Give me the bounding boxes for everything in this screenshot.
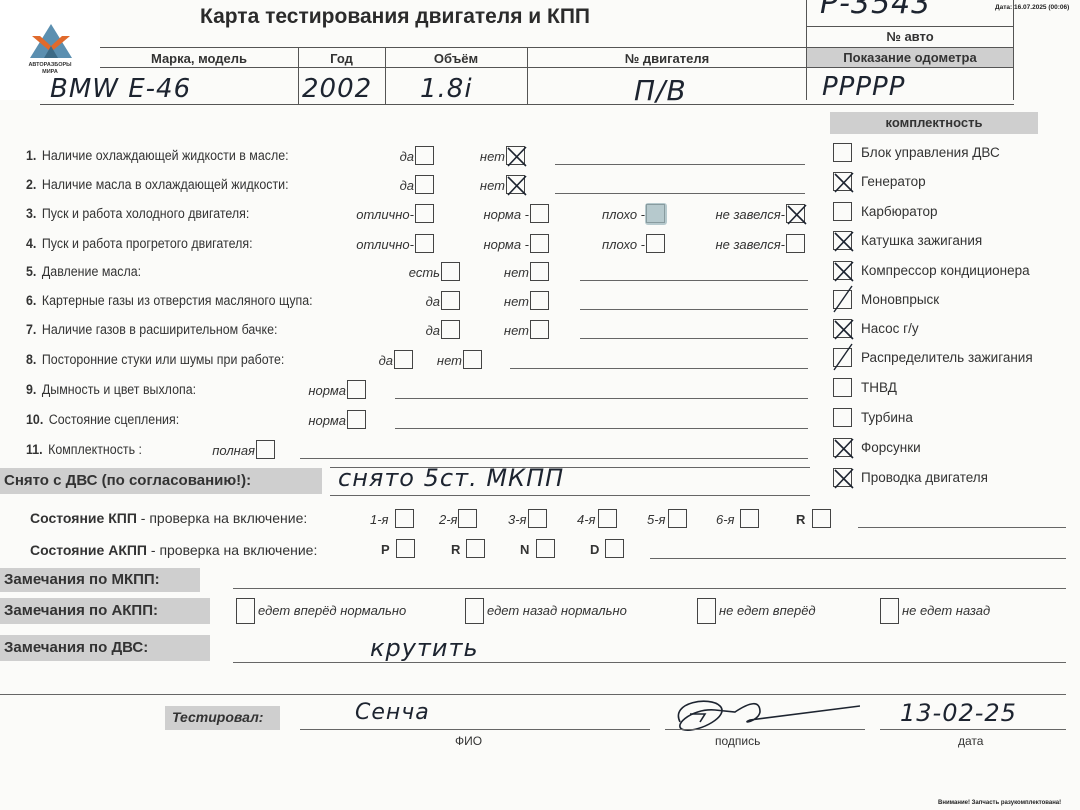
gear-label: 6-я [716,512,735,527]
question-5-option-1[interactable] [441,262,460,281]
gear-label: 3-я [508,512,527,527]
question-11-option-1[interactable] [256,440,275,459]
question-3: 3.Пуск и работа холодного двигателя: [26,206,249,221]
kit-item-checkbox-5[interactable] [833,261,852,280]
brand-model-header: Марка, модель [100,51,298,66]
option-label: отлично- [346,237,414,252]
signature-icon[interactable] [660,692,860,740]
option-label: да [416,323,440,338]
car-number-value[interactable]: Р-3543 [820,0,931,21]
signature-caption: подпись [715,734,760,748]
name-line [300,729,650,730]
mode-label: R [451,542,460,557]
dvs-remarks-label: Замечания по ДВС: [4,639,148,656]
question-4-option-4[interactable] [786,234,805,253]
kit-item-checkbox-2[interactable] [833,172,852,191]
date-caption: дата [958,734,983,748]
check-mark-icon [832,317,856,341]
divider [806,26,1014,27]
option-label: норма - [474,207,529,222]
gear-label: 2-я [439,512,458,527]
gear-label: 4-я [577,512,596,527]
answer-line[interactable] [395,428,808,429]
kit-item-checkbox-9[interactable] [833,378,852,397]
question-3-option-2[interactable] [530,204,549,223]
kit-item-label: ТНВД [861,380,897,395]
removed-value[interactable]: снято 5ст. МКПП [338,464,564,492]
question-number: 2. [26,177,36,192]
brand-model-value[interactable]: BMW E-46 [50,74,191,104]
question-text: Состояние сцепления: [49,412,179,427]
check-mark-icon [832,259,856,283]
check-mark-icon [832,436,856,460]
kit-item-label: Генератор [861,174,926,189]
manual-gearbox-title: Состояние КПП [30,510,137,526]
manual-gearbox-label: Состояние КПП - проверка на включение: [30,510,307,526]
page-title: Карта тестирования двигателя и КПП [200,5,590,29]
question-text: Пуск и работа прогретого двигателя: [42,236,253,251]
question-number: 5. [26,264,36,279]
kit-item-checkbox-12[interactable] [833,468,852,487]
option-label: плохо - [566,207,645,222]
question-2: 2.Наличие масла в охлаждающей жидкости: [26,177,289,192]
question-4-option-2[interactable] [530,234,549,253]
option-label: да [396,149,414,164]
question-10-option-1[interactable] [347,410,366,429]
option-label: норма [300,383,346,398]
warning-note: Внимание! Запчасть разукомплектована! [938,800,1061,806]
akpp-remark-label: не едет вперёд [719,603,816,618]
answer-line[interactable] [395,398,808,399]
odometer-value[interactable]: РРРРР [822,72,905,102]
question-number: 4. [26,236,36,251]
underline [650,558,1066,559]
volume-header: Объём [385,51,527,66]
question-6: 6.Картерные газы из отверстия масляного … [26,293,313,308]
question-text: Наличие масла в охлаждающей жидкости: [42,177,289,192]
underline [858,527,1066,528]
mode-label: P [381,542,390,557]
slash-mark-icon [832,346,856,370]
kit-item-label: Карбюратор [861,204,938,219]
option-label: нет [474,149,505,164]
tested-label: Тестировал: [172,709,263,725]
year-header: Год [298,51,385,66]
akpp-remark-label: не едет назад [902,603,990,618]
answer-line[interactable] [580,338,808,339]
kit-item-label: Насос г/у [861,321,919,336]
mkpp-remarks-label: Замечания по МКПП: [4,571,160,588]
mode-checkbox-1[interactable] [396,539,415,558]
underline [233,662,1066,663]
question-7-option-2[interactable] [530,320,549,339]
answer-line[interactable] [580,280,808,281]
kit-item-checkbox-4[interactable] [833,231,852,250]
kit-item-checkbox-1[interactable] [833,143,852,162]
kit-item-checkbox-8[interactable] [833,348,852,367]
option-label: полная [204,443,255,458]
option-label: плохо - [566,237,645,252]
question-4-option-3[interactable] [646,234,665,253]
option-label: не завелся- [700,207,785,222]
answer-line[interactable] [580,309,808,310]
option-label: нет [498,294,529,309]
question-1-option-2[interactable] [506,146,525,165]
kit-title: комплектность [830,115,1038,130]
question-3-option-3[interactable] [646,204,665,223]
mkpp-remarks-line[interactable] [233,588,1066,589]
check-mark-icon [505,173,529,197]
question-text: Дымность и цвет выхлопа: [42,382,196,397]
answer-line[interactable] [510,368,808,369]
option-label: есть [400,265,440,280]
kit-item-label: Турбина [861,410,913,425]
akpp-remark-checkbox-1[interactable] [236,598,255,624]
question-5: 5.Давление масла: [26,264,141,279]
gear-checkbox-5[interactable] [668,509,687,528]
option-label: да [370,353,393,368]
underline [0,694,1066,695]
gear-checkbox-4[interactable] [598,509,617,528]
check-mark-icon [832,229,856,253]
akpp-remark-label: едет вперёд нормально [258,603,406,618]
mode-label: N [520,542,529,557]
option-label: нет [498,265,529,280]
correction-icon [645,203,667,225]
name-caption: ФИО [455,734,482,748]
kit-item-checkbox-7[interactable] [833,319,852,338]
logo-mountain-icon [28,22,74,60]
gear-label: 1-я [370,512,389,527]
kit-item-checkbox-11[interactable] [833,438,852,457]
question-number: 8. [26,352,36,367]
question-6-option-2[interactable] [530,291,549,310]
option-label: норма [300,413,346,428]
question-1: 1.Наличие охлаждающей жидкости в масле: [26,148,289,163]
question-number: 10. [26,412,43,427]
question-1-option-1[interactable] [415,146,434,165]
question-2-option-1[interactable] [415,175,434,194]
odometer-header: Показание одометра [806,50,1014,65]
question-9-option-1[interactable] [347,380,366,399]
question-text: Картерные газы из отверстия масляного щу… [42,293,313,308]
check-mark-icon [832,170,856,194]
option-label: нет [474,178,505,193]
signature-line [665,729,865,730]
question-number: 3. [26,206,36,221]
question-text: Давление масла: [42,264,141,279]
option-label: нет [430,353,462,368]
car-number-label: № авто [806,29,1014,44]
question-number: 11. [26,442,43,457]
question-text: Посторонние стуки или шумы при работе: [42,352,284,367]
tester-name-value[interactable]: Сенча [355,700,430,725]
check-mark-icon [832,466,856,490]
engine-number-value[interactable]: П/В [634,74,687,107]
mode-checkbox-3[interactable] [536,539,555,558]
removed-label: Снято с ДВС (по согласованию!): [4,472,251,489]
akpp-remark-checkbox-4[interactable] [880,598,899,624]
auto-gearbox-subtitle: - проверка на включение: [147,542,317,558]
option-label: норма - [474,237,529,252]
year-value[interactable]: 2002 [302,74,372,104]
question-text: Наличие газов в расширительном бачке: [42,322,278,337]
akpp-remark-checkbox-3[interactable] [697,598,716,624]
kit-item-checkbox-3[interactable] [833,202,852,221]
question-number: 6. [26,293,36,308]
check-mark-icon [505,144,529,168]
print-date: Дата: 16.07.2025 (00:06) [995,4,1069,11]
option-label: нет [498,323,529,338]
underline [330,495,810,496]
question-number: 7. [26,322,36,337]
question-11: 11.Комплектность : [26,442,142,457]
table-border [100,67,1014,68]
gear-checkbox-1[interactable] [395,509,414,528]
question-8-option-1[interactable] [394,350,413,369]
gear-label: 5-я [647,512,666,527]
volume-value[interactable]: 1.8i [420,74,473,104]
question-5-option-2[interactable] [530,262,549,281]
gear-label: R [796,512,805,527]
gear-checkbox-6[interactable] [740,509,759,528]
kit-item-checkbox-6[interactable] [833,290,852,309]
question-4-option-1[interactable] [415,234,434,253]
kit-item-label: Катушка зажигания [861,233,982,248]
question-text: Пуск и работа холодного двигателя: [42,206,249,221]
option-label: да [416,294,440,309]
option-label: не завелся- [700,237,785,252]
option-label: отлично- [346,207,414,222]
option-label: да [396,178,414,193]
manual-gearbox-subtitle: - проверка на включение: [137,510,307,526]
question-2-option-2[interactable] [506,175,525,194]
question-6-option-1[interactable] [441,291,460,310]
engine-number-header: № двигателя [527,51,807,66]
akpp-remarks-label: Замечания по АКПП: [4,602,158,619]
question-10: 10.Состояние сцепления: [26,412,179,427]
test-date-value[interactable]: 13-02-25 [900,699,1017,727]
question-text: Наличие охлаждающей жидкости в масле: [42,148,289,163]
kit-item-checkbox-10[interactable] [833,408,852,427]
answer-line[interactable] [555,193,805,194]
gear-checkbox-3[interactable] [528,509,547,528]
underline [330,467,810,468]
auto-gearbox-label: Состояние АКПП - проверка на включение: [30,542,317,558]
mode-checkbox-4[interactable] [605,539,624,558]
mode-checkbox-2[interactable] [466,539,485,558]
question-number: 9. [26,382,36,397]
gear-checkbox-7[interactable] [812,509,831,528]
kit-item-label: Блок управления ДВС [861,145,1000,160]
question-number: 1. [26,148,36,163]
question-3-option-1[interactable] [415,204,434,223]
question-7-option-1[interactable] [441,320,460,339]
gear-checkbox-2[interactable] [458,509,477,528]
kit-item-label: Форсунки [861,440,921,455]
question-8-option-2[interactable] [463,350,482,369]
logo-line-1: АВТОРАЗБОРЫ [10,62,90,69]
question-8: 8.Посторонние стуки или шумы при работе: [26,352,284,367]
answer-line[interactable] [555,164,805,165]
akpp-remark-checkbox-2[interactable] [465,598,484,624]
question-text: Комплектность : [48,442,142,457]
slash-mark-icon [832,288,856,312]
answer-line[interactable] [300,458,808,459]
auto-gearbox-title: Состояние АКПП [30,542,147,558]
kit-item-label: Проводка двигателя [861,470,988,485]
question-9: 9.Дымность и цвет выхлопа: [26,382,196,397]
mode-label: D [590,542,599,557]
question-4: 4.Пуск и работа прогретого двигателя: [26,236,253,251]
check-mark-icon [785,202,809,226]
akpp-remark-label: едет назад нормально [487,603,627,618]
kit-item-label: Моновпрыск [861,292,939,307]
question-3-option-4[interactable] [786,204,805,223]
date-line [880,729,1066,730]
kit-item-label: Компрессор кондиционера [861,263,1030,278]
question-7: 7.Наличие газов в расширительном бачке: [26,322,277,337]
dvs-remarks-value[interactable]: крутить [370,634,479,662]
kit-item-label: Распределитель зажигания [861,350,1033,365]
